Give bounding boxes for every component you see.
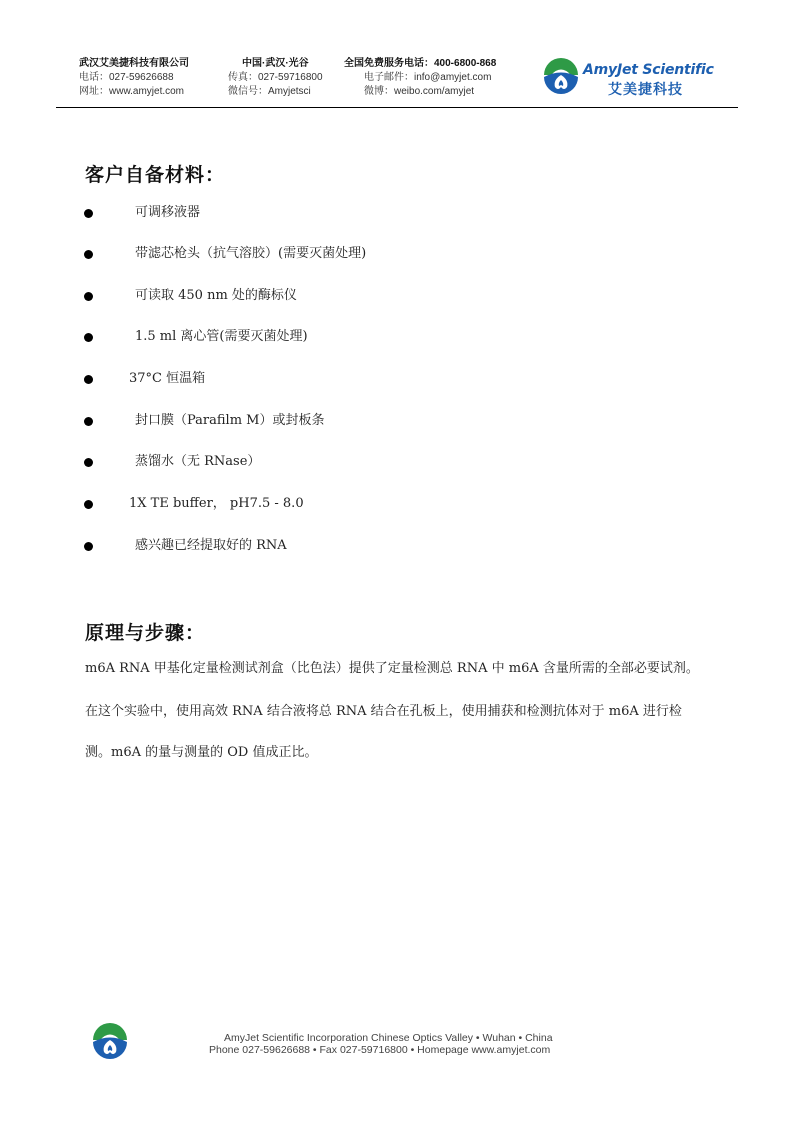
page-footer: AmyJet Scientific Incorporation Chinese … [0,1020,793,1070]
list-item-text: 蒸馏水（无 RNase） [135,452,260,472]
bullet-icon [84,333,93,342]
list-item: 蒸馏水（无 RNase） [84,452,584,472]
bullet-icon [84,542,93,551]
bullet-icon [84,375,93,384]
wechat-text: 微信号：Amyjetsci [228,85,323,99]
list-item-text: 37°C 恒温箱 [129,369,205,389]
amyjet-logo-icon [90,1023,130,1063]
hotline-text: 全国免费服务电话：400-6800-868 [344,57,496,71]
bullet-icon [84,250,93,259]
footer-company-line: AmyJet Scientific Incorporation Chinese … [224,1032,553,1044]
list-item: 带滤芯枪头（抗气溶胶）(需要灭菌处理) [84,244,584,264]
bullet-icon [84,417,93,426]
header-contact-col-3: 全国免费服务电话：400-6800-868 电子邮件：info@amyjet.c… [344,57,496,99]
bullet-icon [84,292,93,301]
brand-name-cn: 艾美捷科技 [608,79,683,99]
phone-text: 电话：027-59626688 [79,71,189,85]
amyjet-logo-icon [541,58,581,98]
list-item-text: 感兴趣已经提取好的 RNA [135,536,287,556]
list-item: 1X TE buffer， pH7.5 - 8.0 [84,494,584,514]
bullet-icon [84,458,93,467]
list-item: 1.5 ml 离心管(需要灭菌处理) [84,327,584,347]
list-item-text: 封口膜（Parafilm M）或封板条 [135,411,324,431]
list-item-text: 带滤芯枪头（抗气溶胶）(需要灭菌处理) [135,244,366,264]
list-item-text: 可调移液器 [135,203,200,223]
email-text: 电子邮件：info@amyjet.com [344,71,496,85]
principle-paragraph-line: m6A RNA 甲基化定量检测试剂盒（比色法）提供了定量检测总 RNA 中 m6… [85,659,699,679]
principle-paragraph-line: 测。m6A 的量与测量的 OD 值成正比。 [85,743,317,763]
brand-logo: AmyJet Scientific 艾美捷科技 [541,58,741,100]
bullet-icon [84,209,93,218]
list-item-text: 1.5 ml 离心管(需要灭菌处理) [135,327,308,347]
list-item: 可调移液器 [84,203,584,223]
location-text: 中国·武汉·光谷 [228,57,323,71]
fax-text: 传真：027-59716800 [228,71,323,85]
header-contact-col-1: 武汉艾美捷科技有限公司 电话：027-59626688 网址：www.amyje… [79,57,189,99]
page-header: 武汉艾美捷科技有限公司 电话：027-59626688 网址：www.amyje… [0,0,793,110]
principle-paragraph-line: 在这个实验中，使用高效 RNA 结合液将总 RNA 结合在孔板上，使用捕获和检测… [85,702,682,722]
section-title-principle: 原理与步骤： [85,618,205,645]
weibo-text: 微博：weibo.com/amyjet [344,85,496,99]
website-text: 网址：www.amyjet.com [79,85,189,99]
list-item: 可读取 450 nm 处的酶标仪 [84,286,584,306]
brand-name-en: AmyJet Scientific [583,62,714,78]
list-item-text: 可读取 450 nm 处的酶标仪 [135,286,297,306]
header-divider [56,107,738,108]
footer-contact-line: Phone 027-59626688 • Fax 027-59716800 • … [209,1044,550,1056]
header-contact-col-2: 中国·武汉·光谷 传真：027-59716800 微信号：Amyjetsci [228,57,323,99]
section-title-materials: 客户自备材料： [85,160,225,187]
list-item: 感兴趣已经提取好的 RNA [84,536,584,556]
company-name: 武汉艾美捷科技有限公司 [79,57,189,71]
bullet-icon [84,500,93,509]
list-item: 37°C 恒温箱 [84,369,584,389]
list-item: 封口膜（Parafilm M）或封板条 [84,411,584,431]
list-item-text: 1X TE buffer， pH7.5 - 8.0 [129,494,304,514]
